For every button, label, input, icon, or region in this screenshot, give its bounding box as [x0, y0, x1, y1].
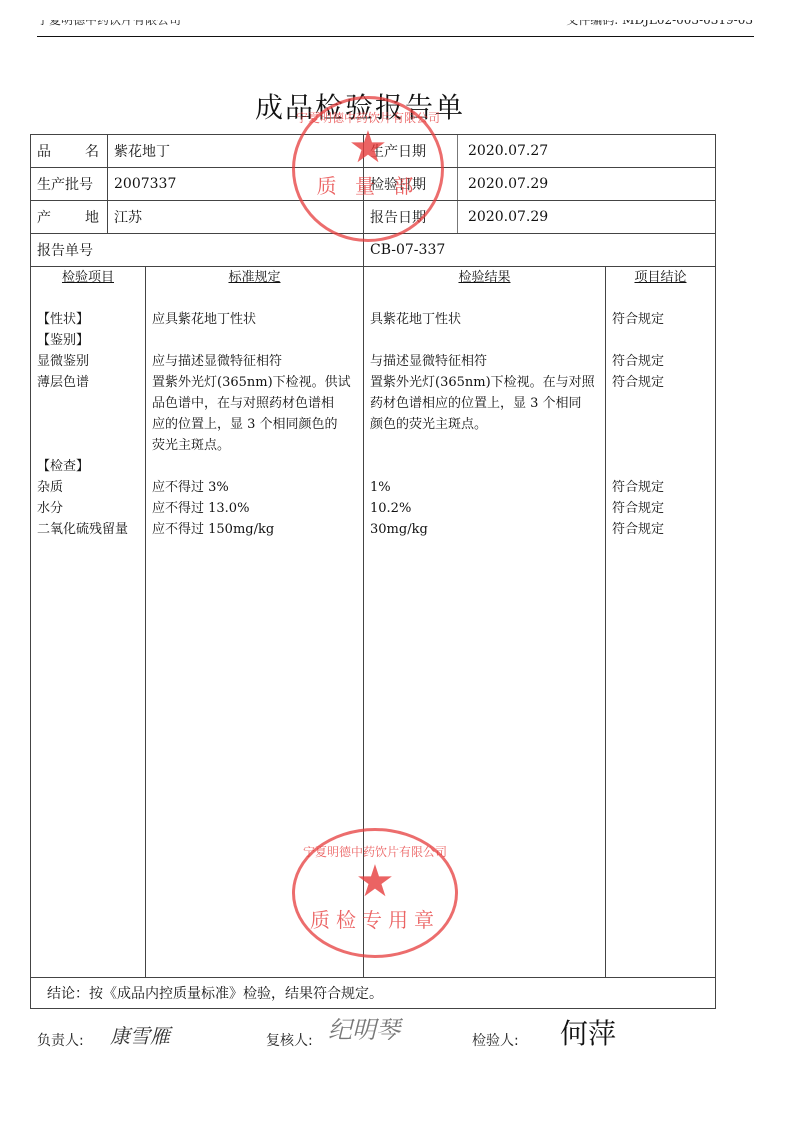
prod-date: 2020.07.27 — [458, 135, 715, 167]
table-cell: 置紫外光灯(365nm)下检视。在与对照 — [370, 372, 599, 393]
conclusion-list: 符合规定符合规定符合规定符合规定符合规定符合规定 — [612, 309, 709, 540]
report-date-label: 报告日期 — [364, 201, 458, 233]
table-cell — [370, 330, 599, 351]
table-cell: 符合规定 — [612, 309, 709, 330]
table-cell: 二氧化硫残留量 — [37, 519, 139, 540]
table-cell: 药材色谱相应的位置上，显 3 个相同 — [370, 393, 599, 414]
standard-list: 应具紫花地丁性状应与描述显微特征相符置紫外光灯(365nm)下检视。供试品色谱中… — [152, 309, 357, 540]
table-cell — [37, 435, 139, 456]
row-product-name: 品名 紫花地丁 生产日期 2020.07.27 — [31, 135, 715, 168]
table-cell: 应的位置上，显 3 个相同颜色的 — [152, 414, 357, 435]
table-cell: 水分 — [37, 498, 139, 519]
table-cell: 应具紫花地丁性状 — [152, 309, 357, 330]
reviewer-signature: 纪明琴 — [328, 1010, 400, 1045]
final-conclusion: 结论：按《成品内控质量标准》检验，结果符合规定。 — [31, 978, 715, 1008]
row-batch: 生产批号 2007337 检验日期 2020.07.29 — [31, 168, 715, 201]
table-cell: 【性状】 — [37, 309, 139, 330]
table-cell: 与描述显微特征相符 — [370, 351, 599, 372]
table-cell: 10.2% — [370, 498, 599, 519]
table-cell — [612, 456, 709, 477]
table-cell: 杂质 — [37, 477, 139, 498]
responsible-label: 负责人: — [37, 1030, 84, 1050]
table-cell — [37, 393, 139, 414]
batch-label: 生产批号 — [31, 168, 108, 200]
table-cell: 1% — [370, 477, 599, 498]
table-cell: 具紫花地丁性状 — [370, 309, 599, 330]
file-code: 文件编码: MDJL02-003-0319-03 — [566, 20, 753, 34]
responsible-signature: 康雪雁 — [110, 1020, 170, 1049]
table-cell: 【鉴别】 — [37, 330, 139, 351]
table-cell: 符合规定 — [612, 351, 709, 372]
table-cell — [612, 414, 709, 435]
table-cell — [612, 330, 709, 351]
inspector-signature: 何萍 — [560, 1012, 616, 1052]
origin: 江苏 — [108, 201, 364, 233]
table-cell: 品色谱中，在与对照药材色谱相 — [152, 393, 357, 414]
table-cell — [612, 393, 709, 414]
report-no: CB-07-337 — [364, 234, 715, 266]
row-report-no: 报告单号 CB-07-337 — [31, 234, 715, 267]
table-cell: 颜色的荧光主斑点。 — [370, 414, 599, 435]
header-items: 检验项目 — [37, 267, 139, 309]
header-rule — [37, 36, 754, 37]
table-cell: 应不得过 150mg/kg — [152, 519, 357, 540]
inspect-date-label: 检验日期 — [364, 168, 458, 200]
product-name: 紫花地丁 — [108, 135, 364, 167]
table-cell: 符合规定 — [612, 519, 709, 540]
inspection-items: 检验项目 【性状】【鉴别】显微鉴别薄层色谱【检查】杂质水分二氧化硫残留量 标准规… — [31, 267, 715, 978]
table-cell: 应不得过 3% — [152, 477, 357, 498]
table-cell: 应不得过 13.0% — [152, 498, 357, 519]
table-cell — [152, 456, 357, 477]
col-items: 检验项目 【性状】【鉴别】显微鉴别薄层色谱【检查】杂质水分二氧化硫残留量 — [31, 267, 146, 977]
table-cell — [37, 414, 139, 435]
col-result: 检验结果 具紫花地丁性状与描述显微特征相符置紫外光灯(365nm)下检视。在与对… — [364, 267, 606, 977]
inspect-date: 2020.07.29 — [458, 168, 715, 200]
table-cell — [152, 330, 357, 351]
report-no-label: 报告单号 — [31, 234, 364, 266]
header-standard: 标准规定 — [152, 267, 357, 309]
table-cell: 符合规定 — [612, 477, 709, 498]
prod-date-label: 生产日期 — [364, 135, 458, 167]
company-header: 宁夏明德中药饮片有限公司 — [37, 20, 181, 34]
table-cell: 荧光主斑点。 — [152, 435, 357, 456]
inspector-label: 检验人: — [472, 1030, 519, 1050]
batch-number: 2007337 — [108, 168, 364, 200]
table-cell — [612, 435, 709, 456]
table-cell — [370, 456, 599, 477]
header-result: 检验结果 — [370, 267, 599, 309]
page-title: 成品检验报告单 — [0, 86, 720, 126]
table-cell: 【检查】 — [37, 456, 139, 477]
report-date: 2020.07.29 — [458, 201, 715, 233]
col-standard: 标准规定 应具紫花地丁性状应与描述显微特征相符置紫外光灯(365nm)下检视。供… — [146, 267, 364, 977]
items-list: 【性状】【鉴别】显微鉴别薄层色谱【检查】杂质水分二氧化硫残留量 — [37, 309, 139, 540]
table-cell: 30mg/kg — [370, 519, 599, 540]
header-conclusion: 项目结论 — [612, 267, 709, 309]
table-cell — [370, 435, 599, 456]
table-cell: 置紫外光灯(365nm)下检视。供试 — [152, 372, 357, 393]
row-origin: 产地 江苏 报告日期 2020.07.29 — [31, 201, 715, 234]
table-cell: 符合规定 — [612, 372, 709, 393]
origin-label: 产地 — [31, 201, 108, 233]
table-cell: 应与描述显微特征相符 — [152, 351, 357, 372]
report-table: 品名 紫花地丁 生产日期 2020.07.27 生产批号 2007337 检验日… — [30, 134, 716, 1009]
table-cell: 薄层色谱 — [37, 372, 139, 393]
table-cell: 符合规定 — [612, 498, 709, 519]
product-name-label: 品名 — [31, 135, 108, 167]
result-list: 具紫花地丁性状与描述显微特征相符置紫外光灯(365nm)下检视。在与对照药材色谱… — [370, 309, 599, 540]
reviewer-label: 复核人: — [266, 1030, 313, 1050]
table-cell: 显微鉴别 — [37, 351, 139, 372]
col-conclusion: 项目结论 符合规定符合规定符合规定符合规定符合规定符合规定 — [606, 267, 715, 977]
